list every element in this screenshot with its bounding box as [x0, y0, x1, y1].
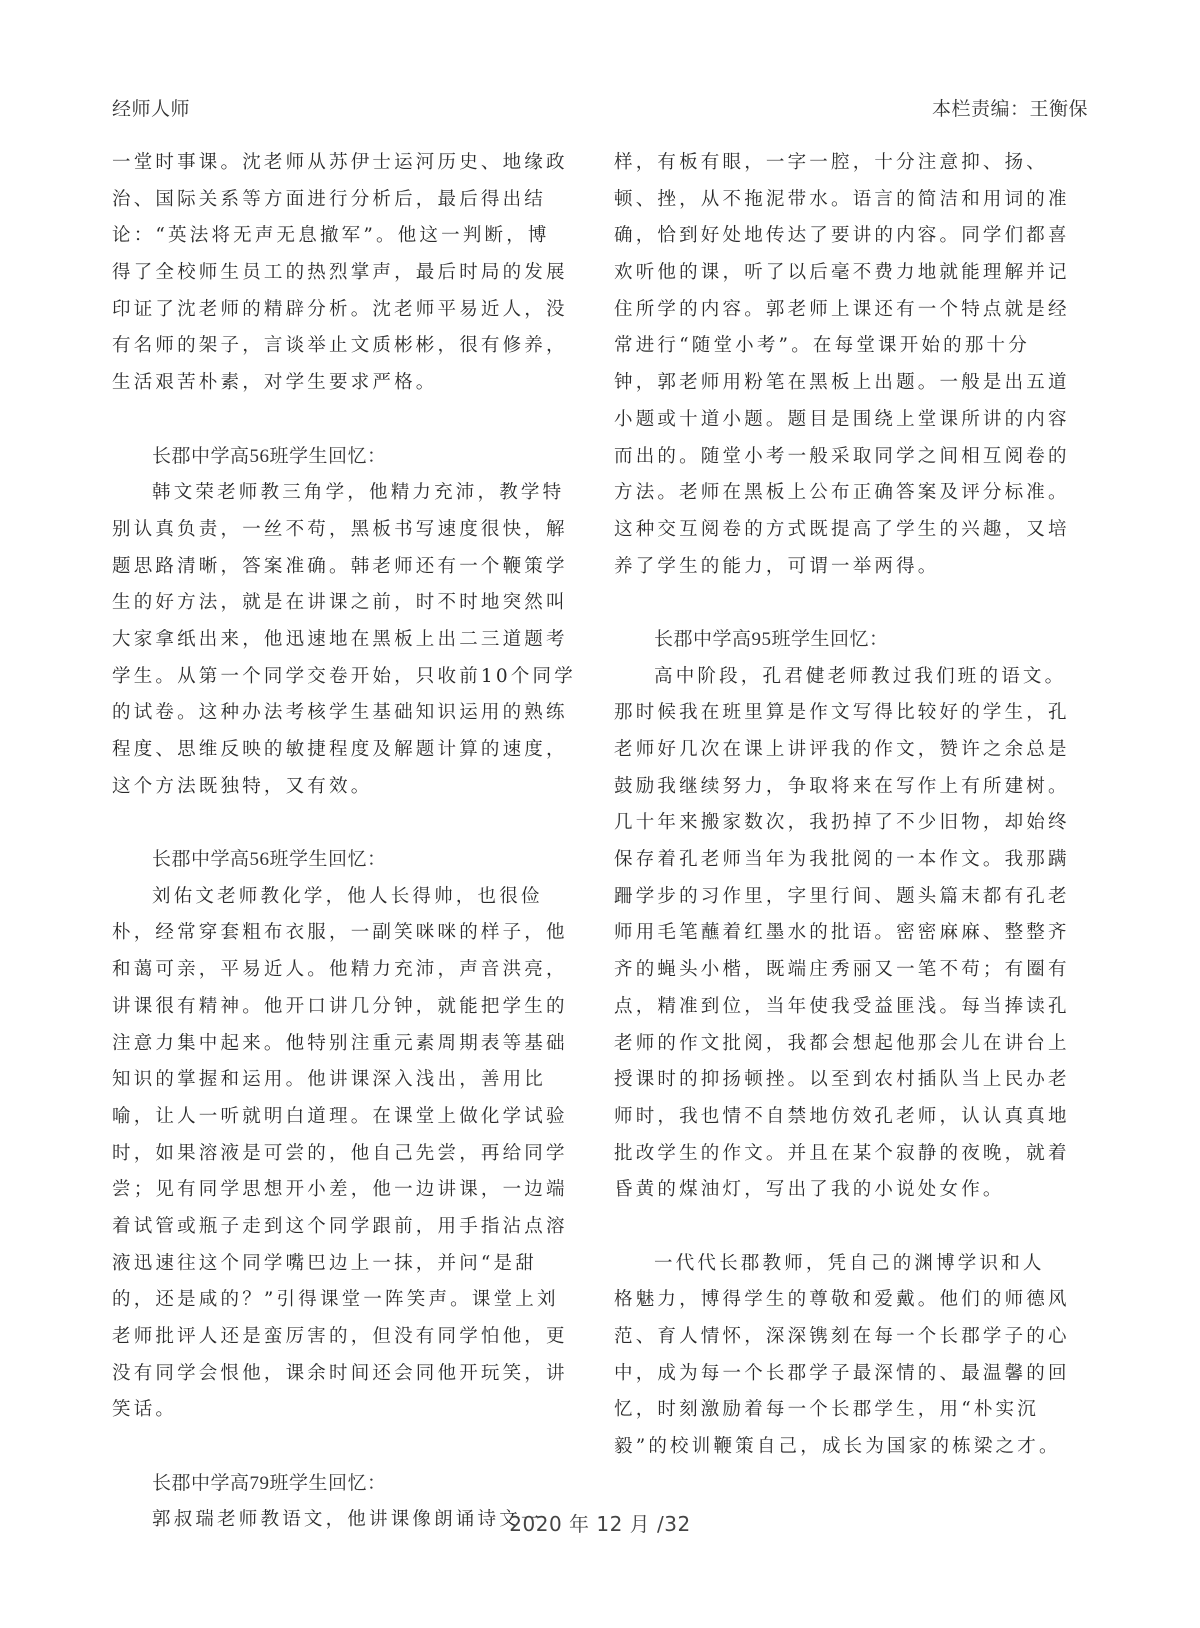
text-line: 的，还是咸的？”引得课堂一阵笑声。课堂上刘	[112, 1282, 564, 1319]
text-line: 授课时的抑扬顿挫。以至到农村插队当上民办老	[614, 1062, 1069, 1099]
paragraph-gap	[614, 585, 1069, 622]
text-line: 这种交互阅卷的方式既提高了学生的兴趣，又培	[614, 512, 1069, 549]
text-line: 忆，时刻激励着每一个长郡学生，用“朴实沉	[614, 1392, 1069, 1429]
text-line: 确，恰到好处地传达了要讲的内容。同学们都喜	[614, 218, 1069, 255]
right-text-column: 样，有板有眼，一字一腔，十分注意抑、扬、顿、挫，从不拖泥带水。语言的简洁和用词的…	[614, 145, 1069, 1466]
text-line: 学生。从第一个同学交卷开始，只收前10个同学	[112, 659, 564, 696]
paragraph-first-line: 韩文荣老师教三角学，他精力充沛，教学特	[112, 475, 564, 512]
section-heading: 长郡中学高79班学生回忆：	[112, 1466, 564, 1503]
text-line: 喻，让人一听就明白道理。在课堂上做化学试验	[112, 1099, 564, 1136]
text-line: 注意力集中起来。他特别注重元素周期表等基础	[112, 1026, 564, 1063]
section-title: 经师人师	[112, 94, 190, 121]
text-line: 尝；见有同学思想开小差，他一边讲课，一边端	[112, 1172, 564, 1209]
text-line: 跚学步的习作里，字里行间、题头篇末都有孔老	[614, 879, 1069, 916]
paragraph-first-line: 一代代长郡教师，凭自己的渊博学识和人	[614, 1246, 1069, 1283]
text-line: 生的好方法，就是在讲课之前，时不时地突然叫	[112, 585, 564, 622]
section-heading: 长郡中学高95班学生回忆：	[614, 622, 1069, 659]
text-line: 而出的。随堂小考一般采取同学之间相互阅卷的	[614, 439, 1069, 476]
text-line: 那时候我在班里算是作文写得比较好的学生，孔	[614, 695, 1069, 732]
paragraph-first-line: 刘佑文老师教化学，他人长得帅，也很俭	[112, 879, 564, 916]
text-line: 小题或十道小题。题目是围绕上堂课所讲的内容	[614, 402, 1069, 439]
text-line: 鼓励我继续努力，争取将来在写作上有所建树。	[614, 769, 1069, 806]
text-line: 毅”的校训鞭策自己，成长为国家的栋梁之才。	[614, 1429, 1069, 1466]
text-line: 题思路清晰，答案准确。韩老师还有一个鞭策学	[112, 549, 564, 586]
text-line: 没有同学会恨他，课余时间还会同他开玩笑，讲	[112, 1356, 564, 1393]
text-line: 养了学生的能力，可谓一举两得。	[614, 549, 1069, 586]
text-line: 笑话。	[112, 1392, 564, 1429]
paragraph-gap	[112, 1429, 564, 1466]
text-line: 知识的掌握和运用。他讲课深入浅出，善用比	[112, 1062, 564, 1099]
left-text-column: 一堂时事课。沈老师从苏伊士运河历史、地缘政治、国际关系等方面进行分析后，最后得出…	[112, 145, 564, 1539]
text-line: 住所学的内容。郭老师上课还有一个特点就是经	[614, 292, 1069, 329]
page-footer: 2020 年 12 月 /32	[0, 1508, 1200, 1537]
text-line: 昏黄的煤油灯，写出了我的小说处女作。	[614, 1172, 1069, 1209]
paragraph-gap	[112, 402, 564, 439]
text-line: 生活艰苦朴素，对学生要求严格。	[112, 365, 564, 402]
text-line: 论：“英法将无声无息撤军”。他这一判断，博	[112, 218, 564, 255]
text-line: 方法。老师在黑板上公布正确答案及评分标准。	[614, 475, 1069, 512]
section-heading: 长郡中学高56班学生回忆：	[112, 842, 564, 879]
text-line: 大家拿纸出来，他迅速地在黑板上出二三道题考	[112, 622, 564, 659]
text-line: 程度、思维反映的敏捷程度及解题计算的速度，	[112, 732, 564, 769]
text-line: 格魅力，博得学生的尊敬和爱戴。他们的师德风	[614, 1282, 1069, 1319]
text-line: 和蔼可亲，平易近人。他精力充沛，声音洪亮，	[112, 952, 564, 989]
text-line: 有名师的架子，言谈举止文质彬彬，很有修养，	[112, 328, 564, 365]
section-heading: 长郡中学高56班学生回忆：	[112, 439, 564, 476]
text-line: 师用毛笔蘸着红墨水的批语。密密麻麻、整整齐	[614, 915, 1069, 952]
text-line: 几十年来搬家数次，我扔掉了不少旧物，却始终	[614, 805, 1069, 842]
text-line: 得了全校师生员工的热烈掌声，最后时局的发展	[112, 255, 564, 292]
text-line: 别认真负责，一丝不苟，黑板书写速度很快，解	[112, 512, 564, 549]
text-line: 点，精准到位，当年使我受益匪浅。每当捧读孔	[614, 989, 1069, 1026]
paragraph-first-line: 高中阶段，孔君健老师教过我们班的语文。	[614, 659, 1069, 696]
text-line: 师时，我也情不自禁地仿效孔老师，认认真真地	[614, 1099, 1069, 1136]
text-line: 样，有板有眼，一字一腔，十分注意抑、扬、	[614, 145, 1069, 182]
text-line: 的试卷。这种办法考核学生基础知识运用的熟练	[112, 695, 564, 732]
text-line: 常进行“随堂小考”。在每堂课开始的那十分	[614, 328, 1069, 365]
text-line: 范、育人情怀，深深镌刻在每一个长郡学子的心	[614, 1319, 1069, 1356]
text-line: 钟，郭老师用粉笔在黑板上出题。一般是出五道	[614, 365, 1069, 402]
text-line: 朴，经常穿套粗布衣服，一副笑咪咪的样子，他	[112, 915, 564, 952]
text-line: 保存着孔老师当年为我批阅的一本作文。我那蹒	[614, 842, 1069, 879]
paragraph-gap	[614, 1209, 1069, 1246]
text-line: 液迅速往这个同学嘴巴边上一抹，并问“是甜	[112, 1246, 564, 1283]
text-line: 齐的蝇头小楷，既端庄秀丽又一笔不苟；有圈有	[614, 952, 1069, 989]
text-line: 一堂时事课。沈老师从苏伊士运河历史、地缘政	[112, 145, 564, 182]
text-line: 印证了沈老师的精辟分析。沈老师平易近人，没	[112, 292, 564, 329]
text-line: 时，如果溶液是可尝的，他自己先尝，再给同学	[112, 1136, 564, 1173]
text-line: 老师批评人还是蛮厉害的，但没有同学怕他，更	[112, 1319, 564, 1356]
text-line: 着试管或瓶子走到这个同学跟前，用手指沾点溶	[112, 1209, 564, 1246]
text-line: 老师的作文批阅，我都会想起他那会儿在讲台上	[614, 1026, 1069, 1063]
column-editor: 本栏责编：王衡保	[932, 94, 1088, 121]
text-line: 老师好几次在课上讲评我的作文，赞许之余总是	[614, 732, 1069, 769]
text-line: 治、国际关系等方面进行分析后，最后得出结	[112, 182, 564, 219]
text-line: 欢听他的课，听了以后毫不费力地就能理解并记	[614, 255, 1069, 292]
text-line: 顿、挫，从不拖泥带水。语言的简洁和用词的准	[614, 182, 1069, 219]
text-line: 中，成为每一个长郡学子最深情的、最温馨的回	[614, 1356, 1069, 1393]
text-line: 讲课很有精神。他开口讲几分钟，就能把学生的	[112, 989, 564, 1026]
paragraph-gap	[112, 805, 564, 842]
text-line: 这个方法既独特，又有效。	[112, 769, 564, 806]
text-line: 批改学生的作文。并且在某个寂静的夜晚，就着	[614, 1136, 1069, 1173]
